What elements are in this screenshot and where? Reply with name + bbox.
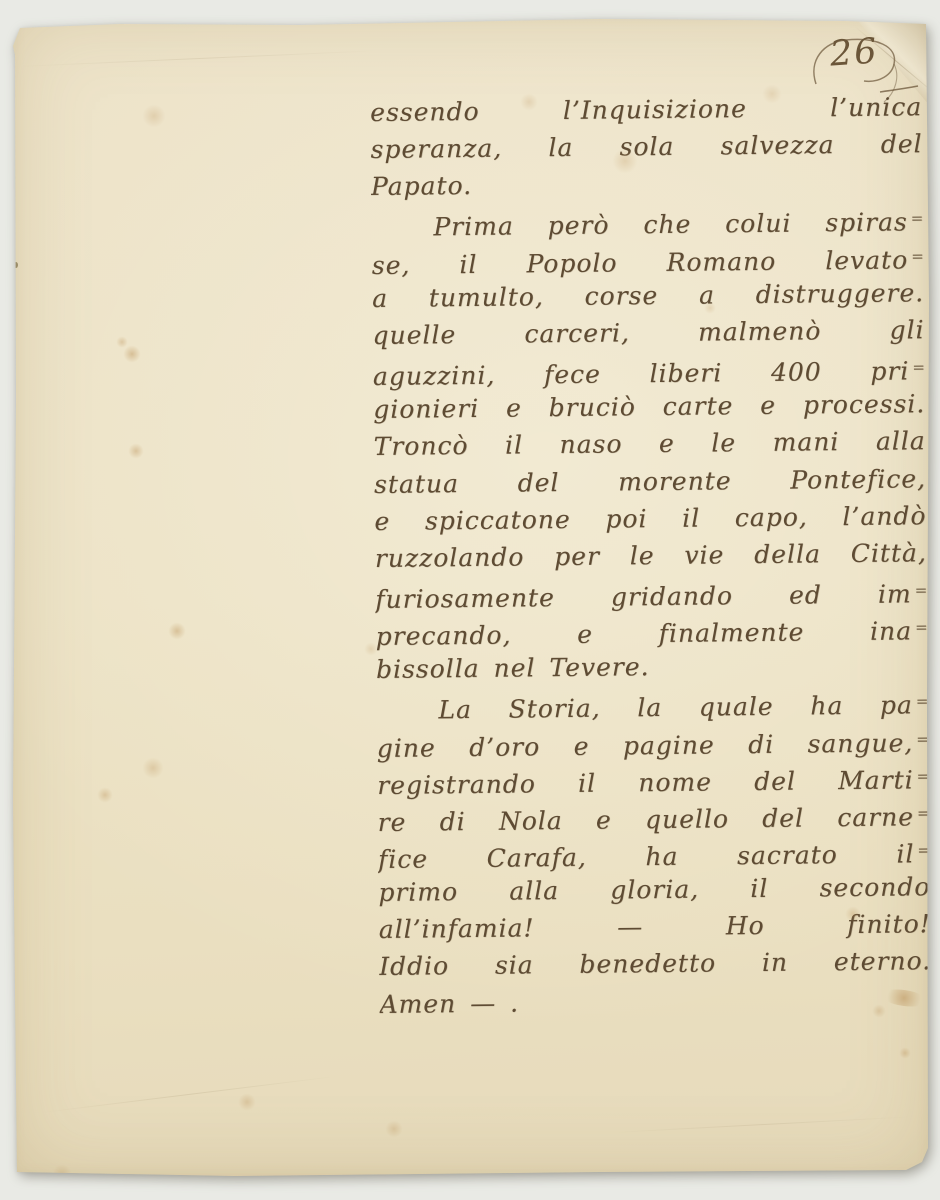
hyphenation-mark: = [911, 247, 924, 265]
hyphenation-mark: = [916, 767, 929, 785]
foxing-stain [128, 443, 144, 459]
foxing-stain [142, 757, 164, 779]
manuscript-line: statua del morente Pontefice, [374, 461, 926, 504]
manuscript-line: Troncò il naso e le mani alla [373, 423, 925, 466]
hyphenation-mark: = [916, 730, 929, 748]
photo-background: 26 essendo l’Inquisizione l’unicasperanz… [0, 0, 940, 1200]
paper-crease [42, 1075, 340, 1113]
foxing-stain [612, 148, 638, 174]
hyphenation-mark: = [915, 581, 928, 599]
paper-sheet: 26 essendo l’Inquisizione l’unicasperanz… [12, 14, 930, 1176]
edge-speck [14, 262, 18, 268]
foxing-stain [762, 84, 782, 104]
manuscript-line: a tumulto, corse a distruggere. [372, 275, 924, 318]
foxing-stain [168, 622, 186, 640]
manuscript-line: Papato. [371, 163, 923, 206]
foxing-stain [364, 642, 378, 656]
hyphenation-mark: = [916, 692, 929, 710]
hyphenation-mark: = [917, 841, 930, 859]
paper-crease [612, 1116, 912, 1133]
foxing-stain [238, 1093, 256, 1111]
foxing-stain [97, 787, 113, 803]
foxing-stain [899, 1047, 911, 1059]
foxing-stain [872, 1004, 886, 1018]
manuscript-line: se, il Popolo Romano levato= [372, 238, 924, 281]
manuscript-line: re di Nola e quello del carne= [377, 795, 929, 838]
foxing-stain [123, 345, 141, 363]
manuscript-line: Iddio sia benedetto in eterno. [379, 943, 931, 986]
manuscript-line: precando, e finalmente ina= [375, 609, 927, 652]
manuscript-line: furiosamente gridando ed im= [375, 572, 927, 615]
paper-crease [17, 50, 377, 67]
manuscript-line: quelle carceri, malmenò gli [372, 312, 924, 355]
manuscript-line: essendo l’Inquisizione l’unica [370, 89, 922, 132]
foxing-stain [52, 1164, 72, 1184]
manuscript-line: aguzzini, fece liberi 400 pri= [373, 349, 925, 392]
manuscript-line: bissolla nel Tevere. [376, 646, 928, 689]
hyphenation-mark: = [915, 618, 928, 636]
text-block: essendo l’Inquisizione l’unicasperanza, … [370, 89, 922, 95]
manuscript-line: gionieri e bruciò carte e processi. [373, 386, 925, 429]
hyphenation-mark: = [911, 209, 924, 227]
foxing-stain [116, 336, 128, 348]
manuscript-line: fice Carafa, ha sacrato il= [378, 832, 930, 875]
manuscript-page: 26 essendo l’Inquisizione l’unicasperanz… [0, 0, 940, 1200]
manuscript-line: ruzzolando per le vie della Città, [375, 535, 927, 578]
manuscript-line: Prima però che colui spiras= [371, 200, 923, 243]
hyphenation-mark: = [917, 804, 930, 822]
manuscript-line: registrando il nome del Marti= [377, 758, 929, 801]
foxing-stain [845, 906, 861, 922]
manuscript-line: speranza, la sola salvezza del [370, 126, 922, 169]
foxing-stain [142, 104, 166, 128]
manuscript-line: primo alla gloria, il secondo [378, 869, 930, 912]
manuscript-line: gine d’oro e pagine di sangue,= [377, 721, 929, 764]
manuscript-line: La Storia, la quale ha pa= [376, 683, 928, 726]
hyphenation-mark: = [912, 358, 925, 376]
foxing-stain [385, 1120, 403, 1138]
foxing-stain [520, 93, 538, 111]
manuscript-line: Amen — . [379, 981, 931, 1024]
manuscript-line: e spiccatone poi il capo, l’andò [374, 498, 926, 541]
foxing-stain [704, 302, 716, 314]
